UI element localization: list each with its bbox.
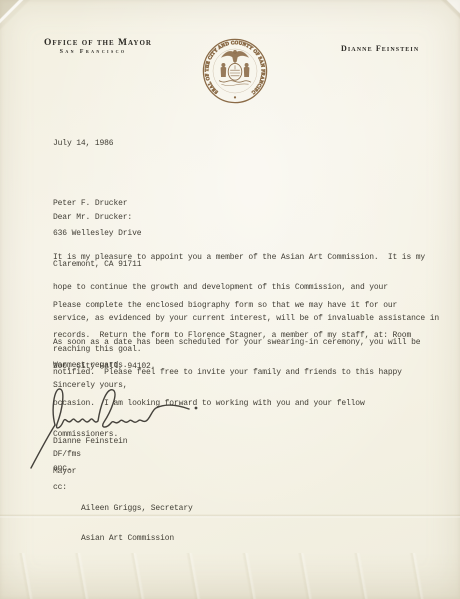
letterhead-office-block: Office of the Mayor San Francisco	[44, 38, 142, 55]
seal-circular-text: SEAL OF THE CITY AND COUNTY OF SAN FRANC…	[195, 31, 265, 95]
paper-fold-top-right	[390, 0, 460, 70]
paragraph-3-line: As soon as a date has been scheduled for…	[53, 338, 420, 348]
letterhead-office-name: Office of the Mayor	[44, 38, 142, 48]
letter-page: Office of the Mayor San Francisco SEAL O…	[0, 0, 460, 599]
paragraph-2-line: Please complete the enclosed biography f…	[53, 301, 411, 311]
salutation: Dear Mr. Drucker:	[53, 213, 132, 223]
cc-block: cc: Aileen Griggs, Secretary Asian Art C…	[53, 483, 193, 565]
letter-date: July 14, 1986	[53, 139, 113, 149]
letterhead-city: San Francisco	[44, 49, 142, 55]
letterhead-mayor-name: Dianne Feinstein	[341, 44, 419, 53]
cc-names: Aileen Griggs, Secretary Asian Art Commi…	[81, 483, 193, 565]
recipient-name: Peter F. Drucker	[53, 199, 141, 209]
svg-text:SEAL OF THE CITY AND COUNTY OF: SEAL OF THE CITY AND COUNTY OF SAN FRANC…	[195, 31, 265, 95]
cc-label: cc:	[53, 483, 81, 565]
signature-dot	[195, 407, 198, 410]
cc-name-line: Asian Art Commission	[81, 534, 193, 544]
paragraph-1-line: It is my pleasure to appoint you a membe…	[53, 253, 439, 263]
signature-tail-stroke	[31, 425, 55, 468]
cc-name-line: Aileen Griggs, Secretary	[81, 504, 193, 514]
signature	[25, 378, 215, 473]
city-county-seal-icon: SEAL OF THE CITY AND COUNTY OF SAN FRANC…	[195, 31, 275, 111]
regards-line: Warmest regards.	[53, 361, 127, 371]
signature-stroke	[53, 389, 189, 428]
